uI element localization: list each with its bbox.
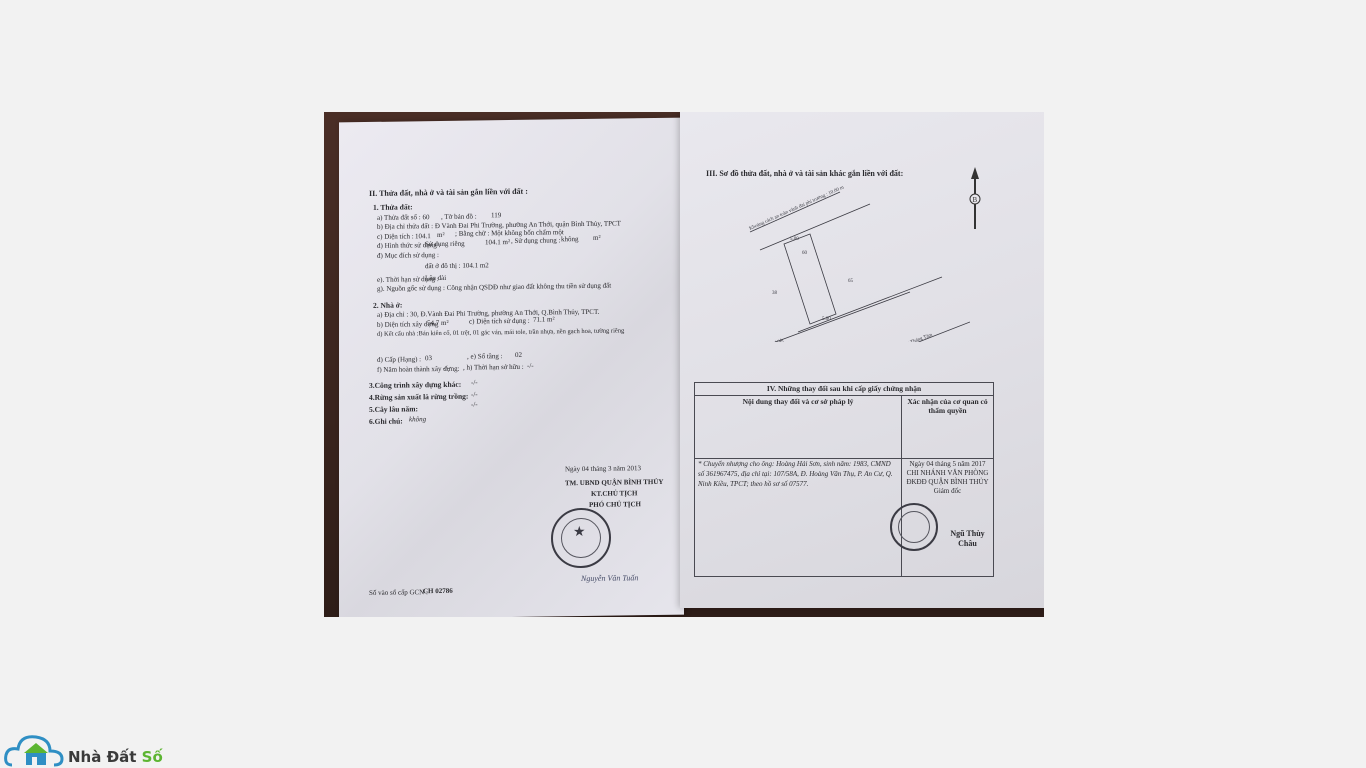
usage-common-unit: m² [593,235,601,242]
svg-text:38: 38 [772,291,778,296]
sign-role-2: PHÓ CHỦ TỊCH [589,501,641,509]
purpose-value: đất ở đô thị : 104.1 m2 [425,262,489,270]
logo-text: Nhà Đất Số [68,748,163,766]
confirm-date: Ngày 04 tháng 5 năm 2017 [905,460,990,469]
floors-value: 02 [515,352,522,359]
forest-value: -/- [471,391,478,398]
change-entry: * Chuyển nhượng cho ông: Hoàng Hải Sơn, … [695,458,902,576]
star-icon: ★ [573,524,586,541]
confirm-org-2: ĐKĐĐ QUẬN BÌNH THỦY [905,478,990,487]
changes-col1-header: Nội dung thay đổi và cơ sở pháp lý [695,396,902,459]
area-label: c) Diện tích : [377,233,414,241]
svg-text:60: 60 [802,251,808,256]
perennial-trees-value: -/- [471,401,478,408]
registry-value: CH 02786 [423,588,453,595]
official-seal-icon: ★ [551,508,611,569]
changes-table: IV. Những thay đổi sau khi cấp giấy chứn… [694,382,994,577]
land-heading: 1. Thửa đất: [373,203,413,211]
sign-date: Ngày 04 tháng 3 năm 2013 [565,465,641,473]
parcel-diagram: Khoảng cách an toàn vành đai phi trường … [710,182,970,342]
usage-common: , Sử dụng chung : [511,237,561,245]
usage-private: Sử dụng riêng [425,241,465,249]
map-sheet-value: 119 [491,212,501,219]
registry-label: Số vào sổ cấp GCN : [369,589,428,597]
svg-text:5.00: 5.00 [790,237,799,242]
confirm-signer: Ngũ Thùy Châu [942,529,993,550]
svg-text:B: B [973,196,978,204]
ownership-term-value: -/- [527,363,534,370]
term-value: Lâu dài [425,275,446,282]
sign-authority: TM. UBND QUẬN BÌNH THỦY [565,479,663,487]
house-structure: d) Kết cấu nhà :Bán kiên cố, 01 trệt, 01… [377,328,624,338]
floor-area-label: c) Diện tích sử dụng : [469,318,530,326]
area-unit: m² [437,232,445,239]
certificate-photo: II. Thửa đất, nhà ở và tài sản gắn liền … [324,112,1044,617]
change-confirmation: Ngày 04 tháng 5 năm 2017 CHI NHÁNH VĂN P… [902,458,994,576]
north-arrow-icon: B [968,167,982,236]
svg-text:5.00: 5.00 [822,317,831,322]
section-ii-title: II. Thửa đất, nhà ở và tài sản gắn liền … [369,188,528,198]
svg-text:Cách Mạng Tháng Tám: Cách Mạng Tháng Tám [887,333,933,342]
ownership-term-label: , h) Thời hạn sở hữu : [463,364,524,372]
sign-role-1: KT.CHỦ TỊCH [591,490,637,498]
nha-dat-so-logo[interactable]: Nhà Đất Số [4,731,163,767]
house-heading: 2. Nhà ở: [373,302,402,310]
section-iii-title: III. Sơ đồ thửa đất, nhà ở và tài sản kh… [706,170,903,178]
other-construction-label: 3.Công trình xây dựng khác: [369,381,461,390]
notes-value: không [409,416,426,423]
svg-text:Võ Văn Kiệt: Võ Văn Kiệt [759,338,785,342]
completed-value: -/- [443,365,450,372]
confirm-role: Giám đốc [905,487,990,496]
grade-label: d) Cấp (Hạng) : [377,356,421,364]
svg-text:65: 65 [848,279,854,284]
certificate-right-page: III. Sơ đồ thửa đất, nhà ở và tài sản kh… [680,112,1044,608]
map-sheet-label: , Tờ bản đồ : [441,213,477,220]
floor-area-value: 71.1 m² [533,316,555,323]
certificate-left-page: II. Thửa đất, nhà ở và tài sản gắn liền … [339,118,684,617]
notes-label: 6.Ghi chú: [369,418,403,426]
changes-title: IV. Những thay đổi sau khi cấp giấy chứn… [695,383,994,396]
usage-common-value: không [561,236,579,243]
forest-label: 4.Rừng sản xuất là rừng trồng: [369,393,468,402]
changes-col2-header: Xác nhận của cơ quan có thẩm quyền [902,396,994,459]
road-top-label: Khoảng cách an toàn vành đai phi trường … [749,185,845,231]
floors-label: , e) Số tầng : [467,353,503,360]
perennial-trees-label: 5.Cây lâu năm: [369,405,418,413]
usage-private-value: 104.1 m² [485,239,510,246]
confirm-org-1: CHI NHÁNH VĂN PHÒNG [905,469,990,478]
land-origin: g). Nguồn gốc sử dụng : Công nhận QSDĐ n… [377,283,611,293]
grade-value: 03 [425,355,432,362]
build-area-value: 54.7 m² [427,320,449,327]
parcel-number: a) Thửa đất số : 60 [377,214,429,222]
cloud-house-icon [4,731,66,767]
purpose-label: đ) Mục đích sử dụng : [377,252,439,260]
other-construction-value: -/- [471,379,478,386]
signer-name: Nguyễn Văn Tuấn [581,573,638,583]
branch-seal-icon [890,503,938,551]
